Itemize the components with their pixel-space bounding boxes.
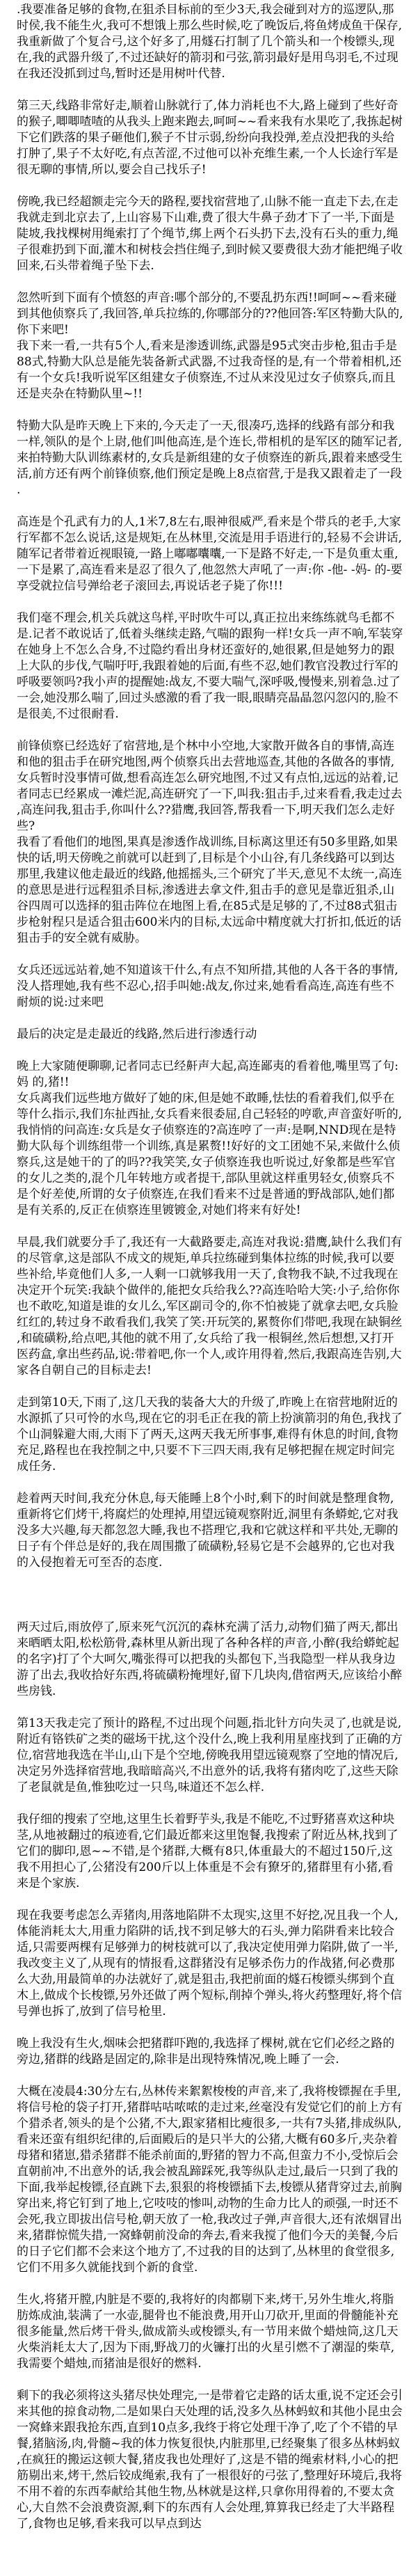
document-page: .我要准备足够的食物,在狙杀目标前的至少3天,我会碰到对方的巡逻队,那时侯,我不… — [0, 0, 411, 2576]
paragraph: 最后的决定是走最近的线路,然后进行渗透行动 — [17, 1027, 403, 1043]
paragraph: 生火,将猪开膛,内脏是不要的,我将好的肉都剔下来,烤干,另外生堆火,将脂肪炼成油… — [17, 2292, 403, 2372]
paragraph: 女兵还远远站着,她不知道该干什么,有点不知所措,其他的人各干各的事情,没人搭理她… — [17, 963, 403, 1011]
paragraph: 大概在凌晨4:30分左右,丛林传来絮絮梭梭的声音,来了,我将梭镖握在手里,将信号… — [17, 2084, 403, 2276]
paragraph: 走到第10天,下雨了,这几天我的装备大大的升级了,昨晚上在宿营地附近的水源抓了只… — [17, 1395, 403, 1475]
paragraph: 我们毫不理会,机关兵就这鸟样,平时吹牛可以,真正拉出来练练就鸟毛都不是.记者不敢… — [17, 610, 403, 722]
paragraph: 第13天我走完了预计的路程,不过出现个问题,指北针方向失灵了,也就是说,附近有铬… — [17, 1716, 403, 1796]
paragraph: 特勤大队是昨天晚上下来的,今天走了一天,很凑巧,选择的线路有部分和我一样,领队的… — [17, 418, 403, 498]
paragraph: 早晨,我们就要分手了,我还有一大截路要走,高连对我说:猎鹰,缺什么我们有的尽管拿… — [17, 1235, 403, 1379]
paragraph: 傍晚,我已经超额走完今天的路程,要找宿营地了,山脉不能一直走下去,在走我就走到北… — [17, 194, 403, 274]
paragraph: 第三天,线路非常好走,顺着山脉就行了,体力消耗也不大,路上碰到了些好奇的猴子,唧… — [17, 98, 403, 178]
paragraph: .我要准备足够的食物,在狙杀目标前的至少3天,我会碰到对方的巡逻队,那时侯,我不… — [17, 2, 403, 82]
paragraph: 晚上我没有生火,烟味会把猪群吓跑的,我选择了棵树,就在它们必经之路的旁边,猪群的… — [17, 2036, 403, 2068]
paragraph: 两天过后,雨放停了,原来死气沉沉的森林充满了活力,动物们猫了两天,都出来晒晒太阳… — [17, 1620, 403, 1700]
paragraph: 我仔细的搜索了空地,这里生长着野芋头,我是不能吃,不过野猪喜欢这种块茎,从地被翻… — [17, 1812, 403, 1892]
paragraph: 趁着两天时间,我充分休息,每天能睡上8个小时,剩下的时间就是整理食物,重新将它们… — [17, 1491, 403, 1571]
paragraph: 晚上大家随便聊聊,记者同志已经鼾声大起,高连鄙夷的看着他,嘴里骂了句:妈 的,猪… — [17, 1059, 403, 1219]
paragraph: 高连是个孔武有力的人,1米7,8左右,眼神很威严,看来是个带兵的老手,大家行军都… — [17, 514, 403, 594]
paragraph: 现在我要考虑怎么弄猪肉,用落地陷阱不太现实,这里不好挖,况且我一个人,体能消耗太… — [17, 1908, 403, 2020]
paragraph: 忽然听到下面有个愤怒的声音:哪个部分的,不要乱扔东西!!呵呵~~看来碰到其他侦察… — [17, 290, 403, 402]
paragraph: 剩下的我必须将这头猪尽快处理完,一是带着它走路的话太重,说不定还会引来其他的掠食… — [17, 2388, 403, 2532]
paragraph: 前锋侦察已经选好了宿营地,是个林中小空地,大家散开做各自的事情,高连和他的狙击手… — [17, 738, 403, 947]
document-body: .我要准备足够的食物,在狙杀目标前的至少3天,我会碰到对方的巡逻队,那时侯,我不… — [17, 2, 403, 2532]
